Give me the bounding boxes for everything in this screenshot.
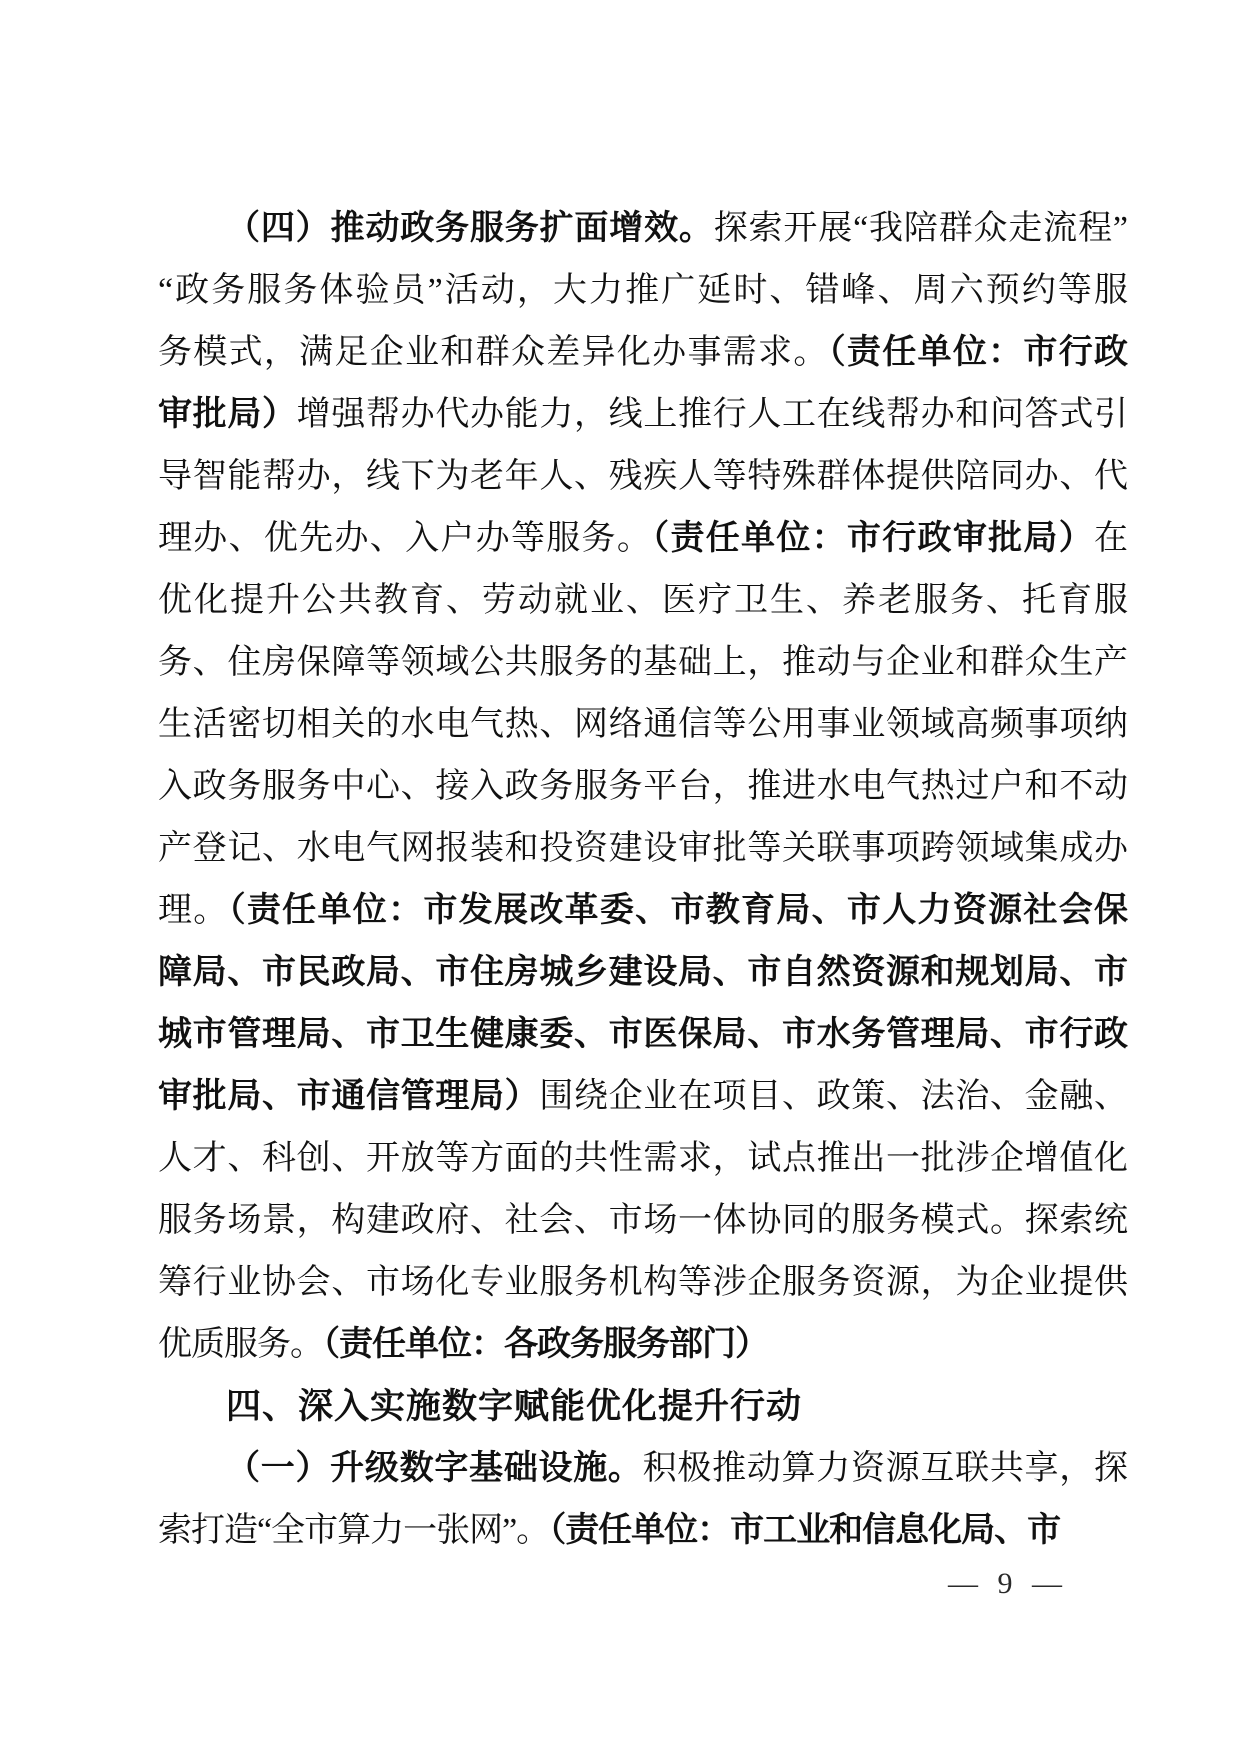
- text-line: 导智能帮办，线下为老年人、残疾人等特殊群体提供陪同办、代: [158, 446, 1128, 508]
- text-line: 生活密切相关的水电气热、网络通信等公用事业领域高频事项纳: [158, 694, 1128, 756]
- text-line: 理办、优先办、入户办等服务。（责任单位：市行政审批局）在: [158, 508, 1128, 570]
- body-text-run: 在: [1094, 520, 1128, 557]
- text-line: （四）推动政务服务扩面增效。探索开展“我陪群众走流程”: [158, 198, 1128, 260]
- text-line: 四、深入实施数字赋能优化提升行动: [158, 1376, 1128, 1438]
- responsible-unit-run: （一）升级数字基础设施。: [226, 1450, 643, 1487]
- responsible-unit-run: （责任单位：市行政审批局）: [652, 520, 1094, 557]
- body-text-run: 务模式，满足企业和群众差异化办事需求。: [158, 334, 829, 371]
- text-line: （一）升级数字基础设施。积极推动算力资源互联共享，探: [158, 1438, 1128, 1500]
- text-line: 入政务服务中心、接入政务服务平台，推进水电气热过户和不动: [158, 756, 1128, 818]
- text-line: 索打造“全市算力一张网”。（责任单位：市工业和信息化局、市: [158, 1500, 1128, 1562]
- body-text-run: 增强帮办代办能力，线上推行人工在线帮办和问答式引: [297, 396, 1128, 433]
- text-line: 审批局）增强帮办代办能力，线上推行人工在线帮办和问答式引: [158, 384, 1128, 446]
- text-line: 产登记、水电气网报装和投资建设审批等关联事项跨领域集成办: [158, 818, 1128, 880]
- text-line: 优质服务。（责任单位：各政务服务部门）: [158, 1314, 1128, 1376]
- body-text-run: 产登记、水电气网报装和投资建设审批等关联事项跨领域集成办: [158, 830, 1128, 867]
- text-line: 务、住房保障等领域公共服务的基础上，推动与企业和群众生产: [158, 632, 1128, 694]
- text-line: 务模式，满足企业和群众差异化办事需求。（责任单位：市行政: [158, 322, 1128, 384]
- responsible-unit-run: （责任单位：市行政: [829, 334, 1128, 371]
- responsible-unit-run: 障局、市民政局、市住房城乡建设局、市自然资源和规划局、市: [158, 954, 1128, 991]
- body-text-run: 探索开展“我陪群众走流程”: [714, 210, 1128, 247]
- text-line: 筹行业协会、市场化专业服务机构等涉企服务资源，为企业提供: [158, 1252, 1128, 1314]
- text-line: 理。（责任单位：市发展改革委、市教育局、市人力资源社会保: [158, 880, 1128, 942]
- page-number: — 9 —: [948, 1564, 1068, 1604]
- document-page: （四）推动政务服务扩面增效。探索开展“我陪群众走流程”“政务服务体验员”活动，大…: [0, 0, 1240, 1748]
- responsible-unit-run: （四）推动政务服务扩面增效。: [226, 210, 714, 247]
- body-text-run: 优质服务。: [158, 1326, 323, 1363]
- body-text-run: 索打造“全市算力一张网”。: [158, 1512, 549, 1549]
- responsible-unit-run: （责任单位：各政务服务部门）: [323, 1326, 768, 1363]
- text-line: 人才、科创、开放等方面的共性需求，试点推出一批涉企增值化: [158, 1128, 1128, 1190]
- body-text-run: 围绕企业在项目、政策、法治、金融、: [539, 1078, 1128, 1115]
- body-text-run: 优化提升公共教育、劳动就业、医疗卫生、养老服务、托育服: [158, 582, 1128, 619]
- responsible-unit-run: 审批局）: [158, 396, 297, 433]
- body-text-run: 生活密切相关的水电气热、网络通信等公用事业领域高频事项纳: [158, 706, 1128, 743]
- responsible-unit-run: 城市管理局、市卫生健康委、市医保局、市水务管理局、市行政: [158, 1016, 1128, 1053]
- body-text-run: 积极推动算力资源互联共享，探: [643, 1450, 1128, 1487]
- section-heading: 四、深入实施数字赋能优化提升行动: [226, 1387, 802, 1426]
- text-line: 城市管理局、市卫生健康委、市医保局、市水务管理局、市行政: [158, 1004, 1128, 1066]
- responsible-unit-run: （责任单位：市工业和信息化局、市: [549, 1512, 1060, 1549]
- responsible-unit-run: （责任单位：市发展改革委、市教育局、市人力资源社会保: [229, 892, 1128, 929]
- text-line: 服务场景，构建政府、社会、市场一体协同的服务模式。探索统: [158, 1190, 1128, 1252]
- text-line: 审批局、市通信管理局）围绕企业在项目、政策、法治、金融、: [158, 1066, 1128, 1128]
- body-text-run: 服务场景，构建政府、社会、市场一体协同的服务模式。探索统: [158, 1202, 1128, 1239]
- text-line: “政务服务体验员”活动，大力推广延时、错峰、周六预约等服: [158, 260, 1128, 322]
- body-text-run: 理。: [158, 892, 229, 929]
- text-line: 优化提升公共教育、劳动就业、医疗卫生、养老服务、托育服: [158, 570, 1128, 632]
- body-text-run: 务、住房保障等领域公共服务的基础上，推动与企业和群众生产: [158, 644, 1128, 681]
- text-block: （四）推动政务服务扩面增效。探索开展“我陪群众走流程”“政务服务体验员”活动，大…: [158, 198, 1128, 1562]
- responsible-unit-run: 审批局、市通信管理局）: [158, 1078, 539, 1115]
- body-text-run: 理办、优先办、入户办等服务。: [158, 520, 652, 557]
- body-text-run: 筹行业协会、市场化专业服务机构等涉企服务资源，为企业提供: [158, 1264, 1128, 1301]
- body-text-run: 人才、科创、开放等方面的共性需求，试点推出一批涉企增值化: [158, 1140, 1128, 1177]
- body-text-run: “政务服务体验员”活动，大力推广延时、错峰、周六预约等服: [158, 272, 1128, 309]
- text-line: 障局、市民政局、市住房城乡建设局、市自然资源和规划局、市: [158, 942, 1128, 1004]
- body-text-run: 入政务服务中心、接入政务服务平台，推进水电气热过户和不动: [158, 768, 1128, 805]
- body-text-run: 导智能帮办，线下为老年人、残疾人等特殊群体提供陪同办、代: [158, 458, 1128, 495]
